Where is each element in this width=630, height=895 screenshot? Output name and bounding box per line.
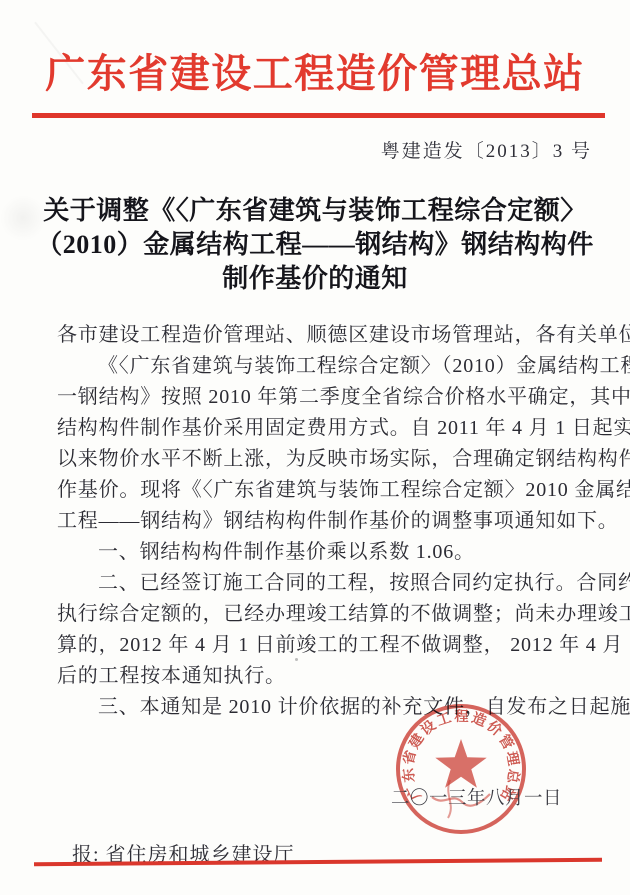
document-body: 各市建设工程造价管理站、顺德区建设市场管理站，各有关单位： 《〈广东省建筑与装饰… [57,320,607,723]
document-title-line-2: （2010）金属结构工程——钢结构》钢结构构件 [0,228,630,262]
body-line: 后的工程按本通知执行。 [57,661,607,692]
issuer-title: 广东省建设工程造价管理总站 [0,42,630,99]
body-line: 《〈广东省建筑与装饰工程综合定额〉（2010）金属结构工程— [57,351,607,382]
document-page: 广东省建设工程造价管理总站 粤建造发〔2013〕3 号 关于调整《〈广东省建筑与… [0,0,630,895]
body-line-salutation: 各市建设工程造价管理站、顺德区建设市场管理站，各有关单位： [57,320,607,351]
body-line: 一钢结构》按照 2010 年第二季度全省综合价格水平确定，其中钢 [57,382,607,413]
header-divider-line [32,113,605,118]
seal-star-icon [435,739,486,788]
issue-date: 二〇一三年八月一日 [391,784,562,810]
body-line: 以来物价水平不断上涨，为反映市场实际，合理确定钢结构构件制 [57,444,607,475]
body-line: 执行综合定额的，已经办理竣工结算的不做调整；尚未办理竣工结 [57,599,607,630]
body-line-item-2: 二、已经签订施工合同的工程，按照合同约定执行。合同约定 [57,568,607,599]
document-title-line-1: 关于调整《〈广东省建筑与装饰工程综合定额〉 [0,194,630,228]
body-line: 结构构件制作基价采用固定费用方式。自 2011 年 4 月 1 日起实施 [57,413,607,444]
body-line-item-1: 一、钢结构构件制作基价乘以系数 1.06。 [57,537,607,568]
document-title: 关于调整《〈广东省建筑与装饰工程综合定额〉 （2010）金属结构工程——钢结构》… [0,194,630,296]
body-line: 工程——钢结构》钢结构构件制作基价的调整事项通知如下。 [57,506,607,537]
official-seal: 广东省建设工程造价管理总站 [392,700,530,838]
document-title-line-3: 制作基价的通知 [0,262,630,296]
document-number: 粤建造发〔2013〕3 号 [381,136,592,163]
body-line: 算的，2012 年 4 月 1 日前竣工的工程不做调整， 2012 年 4 月 … [57,630,607,661]
body-line: 作基价。现将《〈广东省建筑与装饰工程综合定额〉2010 金属结构 [57,475,607,506]
